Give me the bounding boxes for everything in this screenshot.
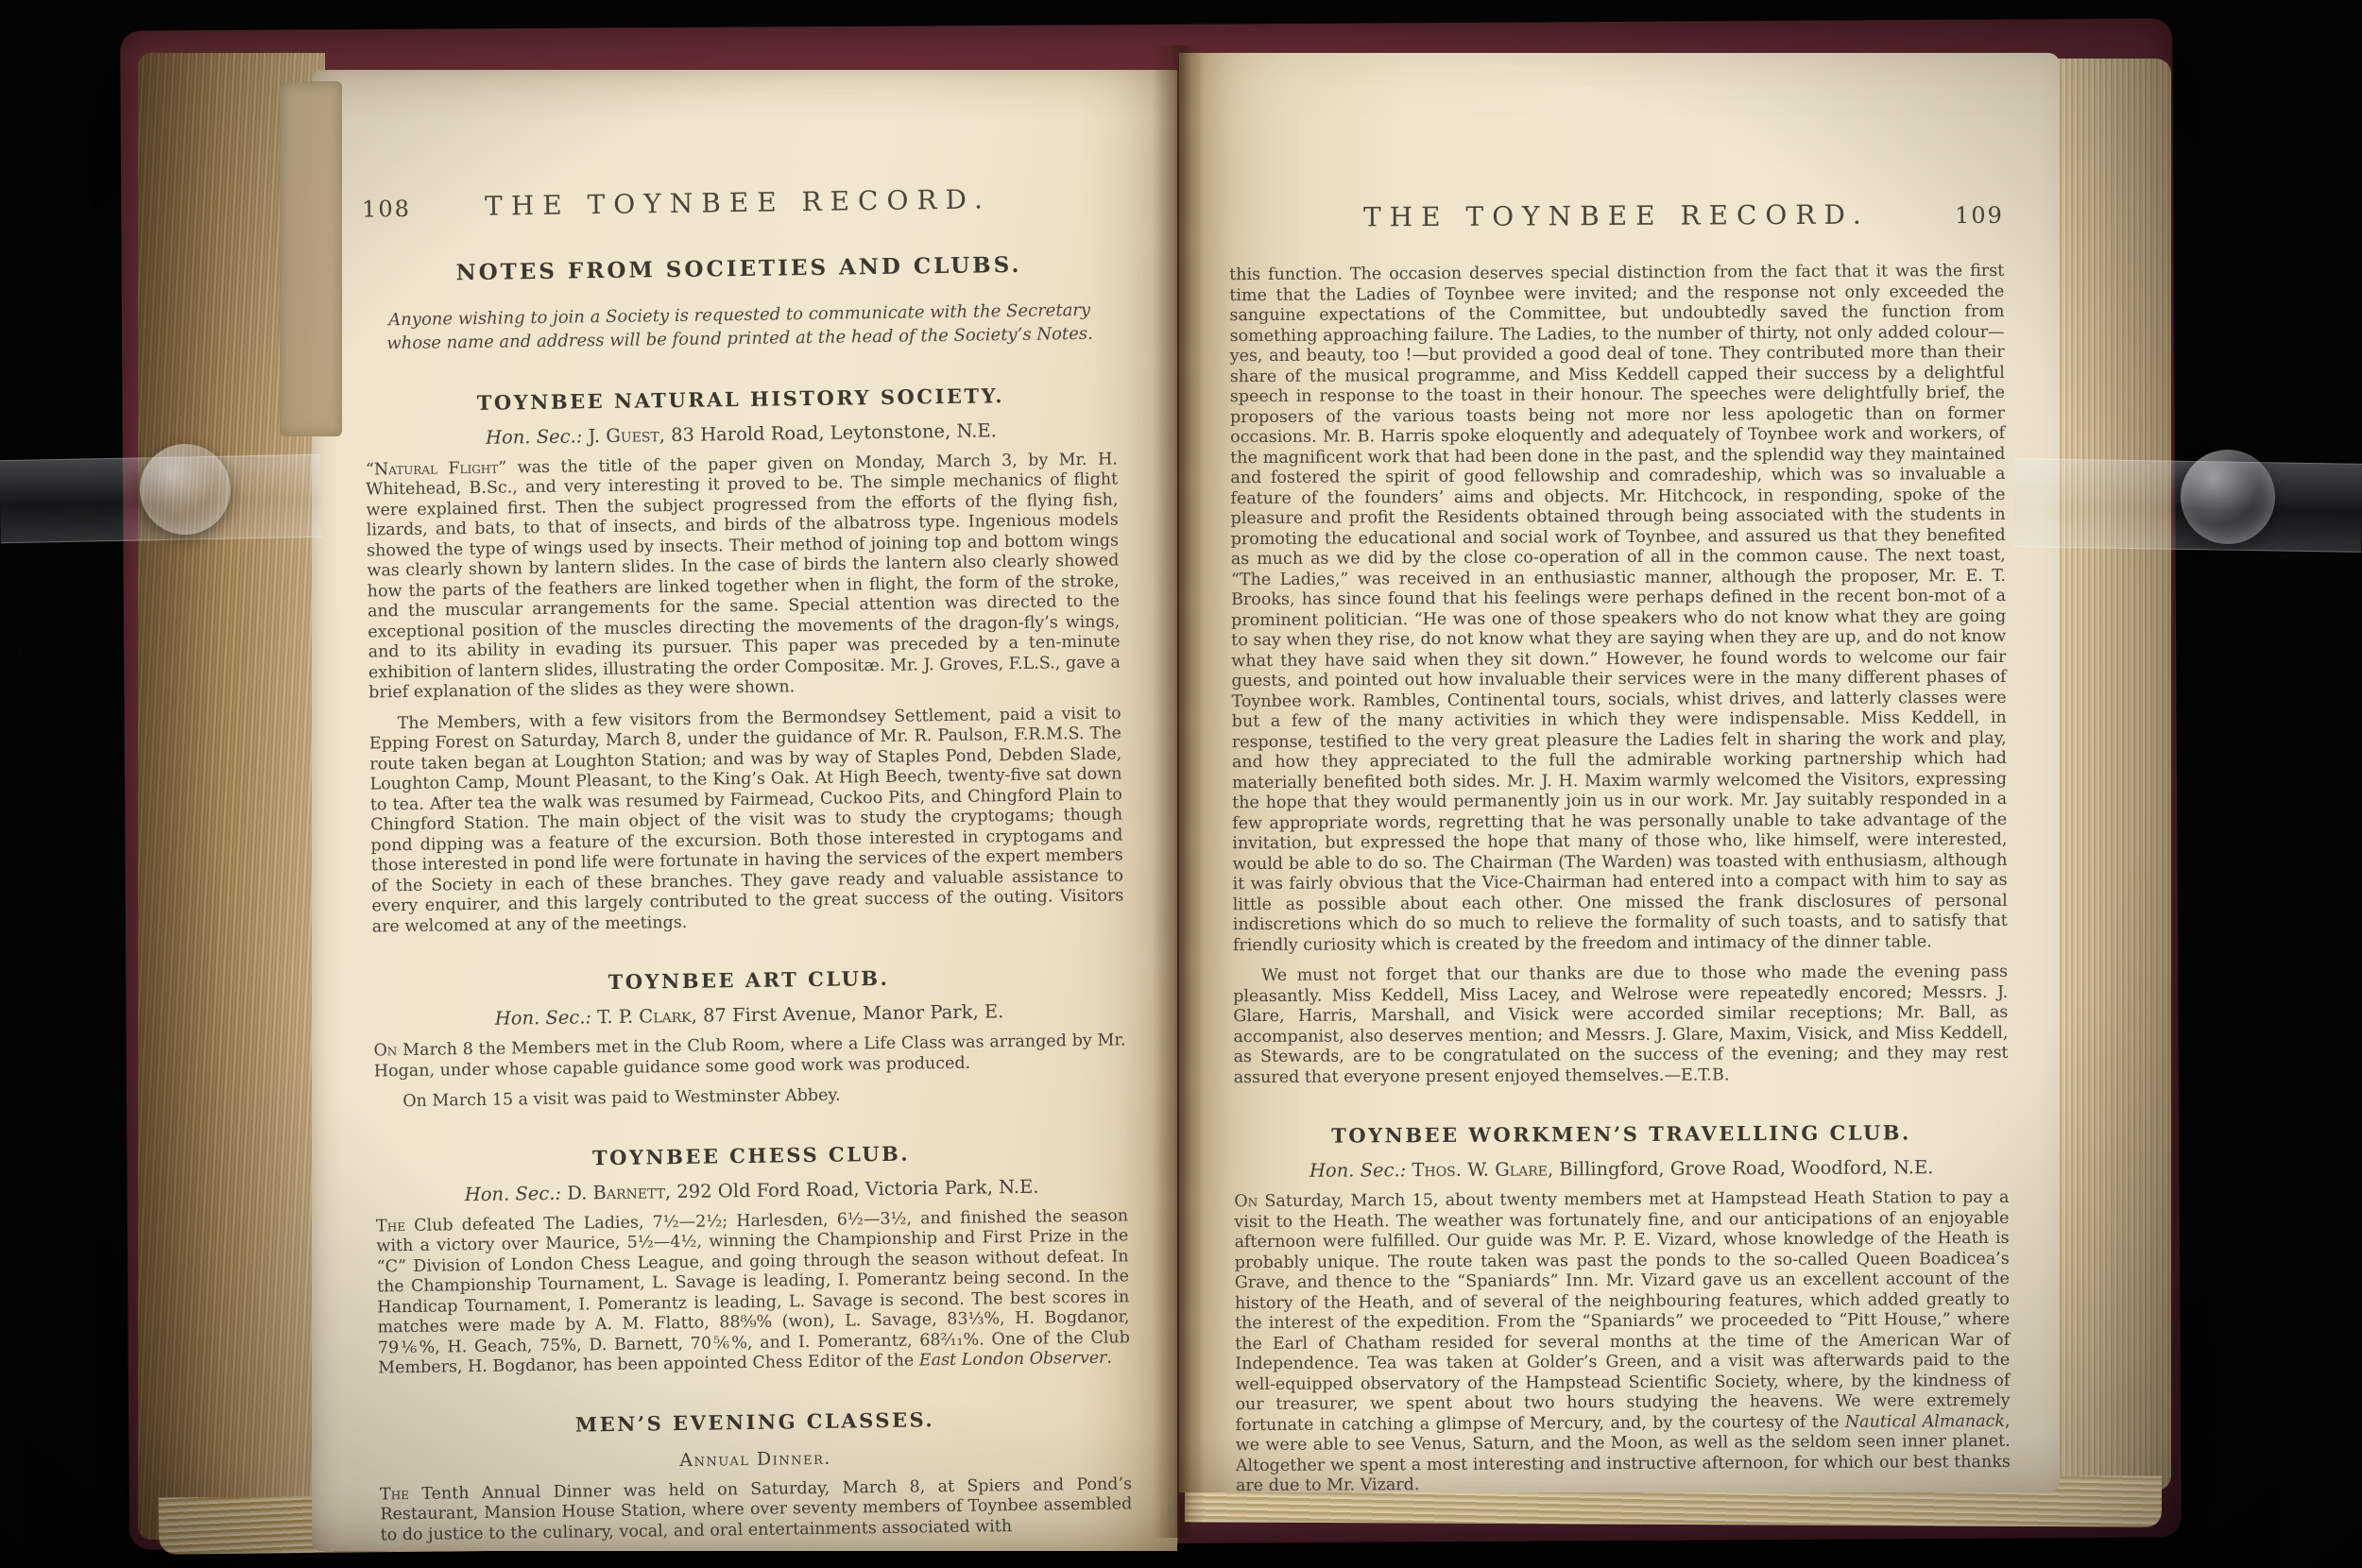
left-page-holder-glass-weight: [140, 444, 231, 535]
section-title-art-club: TOYNBEE ART CLUB.: [372, 963, 1124, 997]
paragraph-life-class: On March 8 the Members met in the Club R…: [373, 1031, 1126, 1082]
publication-name: East London Observer: [919, 1349, 1107, 1371]
paragraph-annual-dinner-continued: this function. The occasion deserves spe…: [1229, 262, 2008, 956]
secretary-line-natural-history: Hon. Sec.: J. Guest, 83 Harold Road, Ley…: [365, 418, 1117, 450]
paragraph-text-end: .: [1106, 1349, 1112, 1368]
paragraph-thanks-and-stewards: We must not forget that our thanks are d…: [1233, 963, 2009, 1088]
page-number-right: 109: [1891, 202, 2004, 230]
subsection-annual-dinner: Annual Dinner.: [379, 1443, 1131, 1474]
running-title-left: THE TOYNBEE RECORD.: [475, 183, 1001, 222]
secretary-line-art-club: Hon. Sec.: T. P. Clark, 87 First Avenue,…: [373, 999, 1125, 1031]
secretary-name: D. Barnett,: [561, 1181, 671, 1204]
paragraph-westminster-abbey-visit: On March 15 a visit was paid to Westmins…: [374, 1082, 1126, 1114]
paragraph-text: Tenth Annual Dinner was held on Saturday…: [380, 1474, 1132, 1544]
paragraph-epping-forest-visit: The Members, with a few visitors from th…: [369, 704, 1124, 938]
paragraph-lead: “Natural Flight”: [366, 458, 507, 479]
page-number-left: 108: [362, 195, 475, 223]
paragraph-hampstead-heath-outing: On Saturday, March 15, about twenty memb…: [1234, 1188, 2011, 1492]
paragraph-text: Saturday, March 15, about twenty members…: [1234, 1188, 2010, 1435]
paragraph-lead: The: [380, 1485, 409, 1504]
right-page-edge-stack: [2058, 59, 2171, 1491]
running-head-spacer-right: [1229, 227, 1343, 228]
hon-sec-label: Hon. Sec.:: [495, 1006, 592, 1029]
paragraph-lead: On: [1234, 1192, 1258, 1211]
hon-sec-label: Hon. Sec.:: [1309, 1159, 1406, 1182]
book-gutter-shadow: [1153, 45, 1206, 1538]
running-head-left: 108 THE TOYNBEE RECORD.: [362, 181, 1114, 223]
secretary-address: Billingford, Grove Road, Woodford, N.E.: [1553, 1156, 1933, 1180]
secretary-line-chess-club: Hon. Sec.: D. Barnett, 292 Old Ford Road…: [375, 1174, 1127, 1206]
paragraph-lead: The: [376, 1217, 405, 1236]
secretary-address: 87 First Avenue, Manor Park, E.: [697, 1000, 1004, 1027]
secretary-line-travelling-club: Hon. Sec.: Thos. W. Glare, Billingford, …: [1234, 1156, 2009, 1182]
secretary-name: T. P. Clark,: [591, 1005, 697, 1029]
publication-name: Nautical Almanack: [1845, 1411, 2005, 1431]
page-108-content: 108 THE TOYNBEE RECORD. NOTES FROM SOCIE…: [312, 70, 1177, 1551]
running-head-spacer-left: [1001, 206, 1114, 208]
page-109-content: THE TOYNBEE RECORD. 109 this function. T…: [1179, 53, 2060, 1492]
paragraph-annual-dinner: The Tenth Annual Dinner was held on Satu…: [380, 1474, 1133, 1546]
page-108: 108 THE TOYNBEE RECORD. NOTES FROM SOCIE…: [312, 70, 1177, 1551]
running-head-right: THE TOYNBEE RECORD. 109: [1229, 198, 2004, 233]
paragraph-text: March 8 the Members met in the Club Room…: [374, 1031, 1126, 1082]
hon-sec-label: Hon. Sec.:: [465, 1182, 562, 1204]
societies-intro-note: Anyone wishing to join a Society is requ…: [368, 299, 1113, 357]
running-title-right: THE TOYNBEE RECORD.: [1343, 198, 1891, 232]
paragraph-natural-flight: “Natural Flight” was the title of the pa…: [366, 450, 1121, 704]
notes-from-societies-heading: NOTES FROM SOCIETIES AND CLUBS.: [363, 250, 1115, 286]
section-title-chess-club: TOYNBEE CHESS CLUB.: [375, 1138, 1127, 1172]
section-title-natural-history-society: TOYNBEE NATURAL HISTORY SOCIETY.: [365, 382, 1117, 416]
page-109: THE TOYNBEE RECORD. 109 this function. T…: [1179, 53, 2060, 1492]
paragraph-lead: On: [373, 1041, 397, 1060]
secretary-name: J. Guest,: [582, 424, 665, 447]
right-page-holder-glass-weight: [2181, 450, 2275, 544]
secretary-address: 292 Old Ford Road, Victoria Park, N.E.: [671, 1175, 1039, 1202]
hon-sec-label: Hon. Sec.:: [486, 425, 583, 448]
secretary-name: Thos. W. Glare,: [1406, 1158, 1553, 1181]
section-title-mens-evening-classes: MEN’S EVENING CLASSES.: [379, 1405, 1131, 1439]
paragraph-text: was the title of the paper given on Mond…: [366, 450, 1121, 703]
page-edge-tape-strip: [280, 81, 342, 436]
section-title-workmens-travelling-club: TOYNBEE WORKMEN’S TRAVELLING CLUB.: [1234, 1120, 2009, 1148]
secretary-address: 83 Harold Road, Leytonstone, N.E.: [665, 419, 997, 446]
book-photo-scene: 108 THE TOYNBEE RECORD. NOTES FROM SOCIE…: [0, 0, 2362, 1568]
paragraph-chess-season-results: The Club defeated The Ladies, 7½—2½; Har…: [376, 1206, 1130, 1379]
